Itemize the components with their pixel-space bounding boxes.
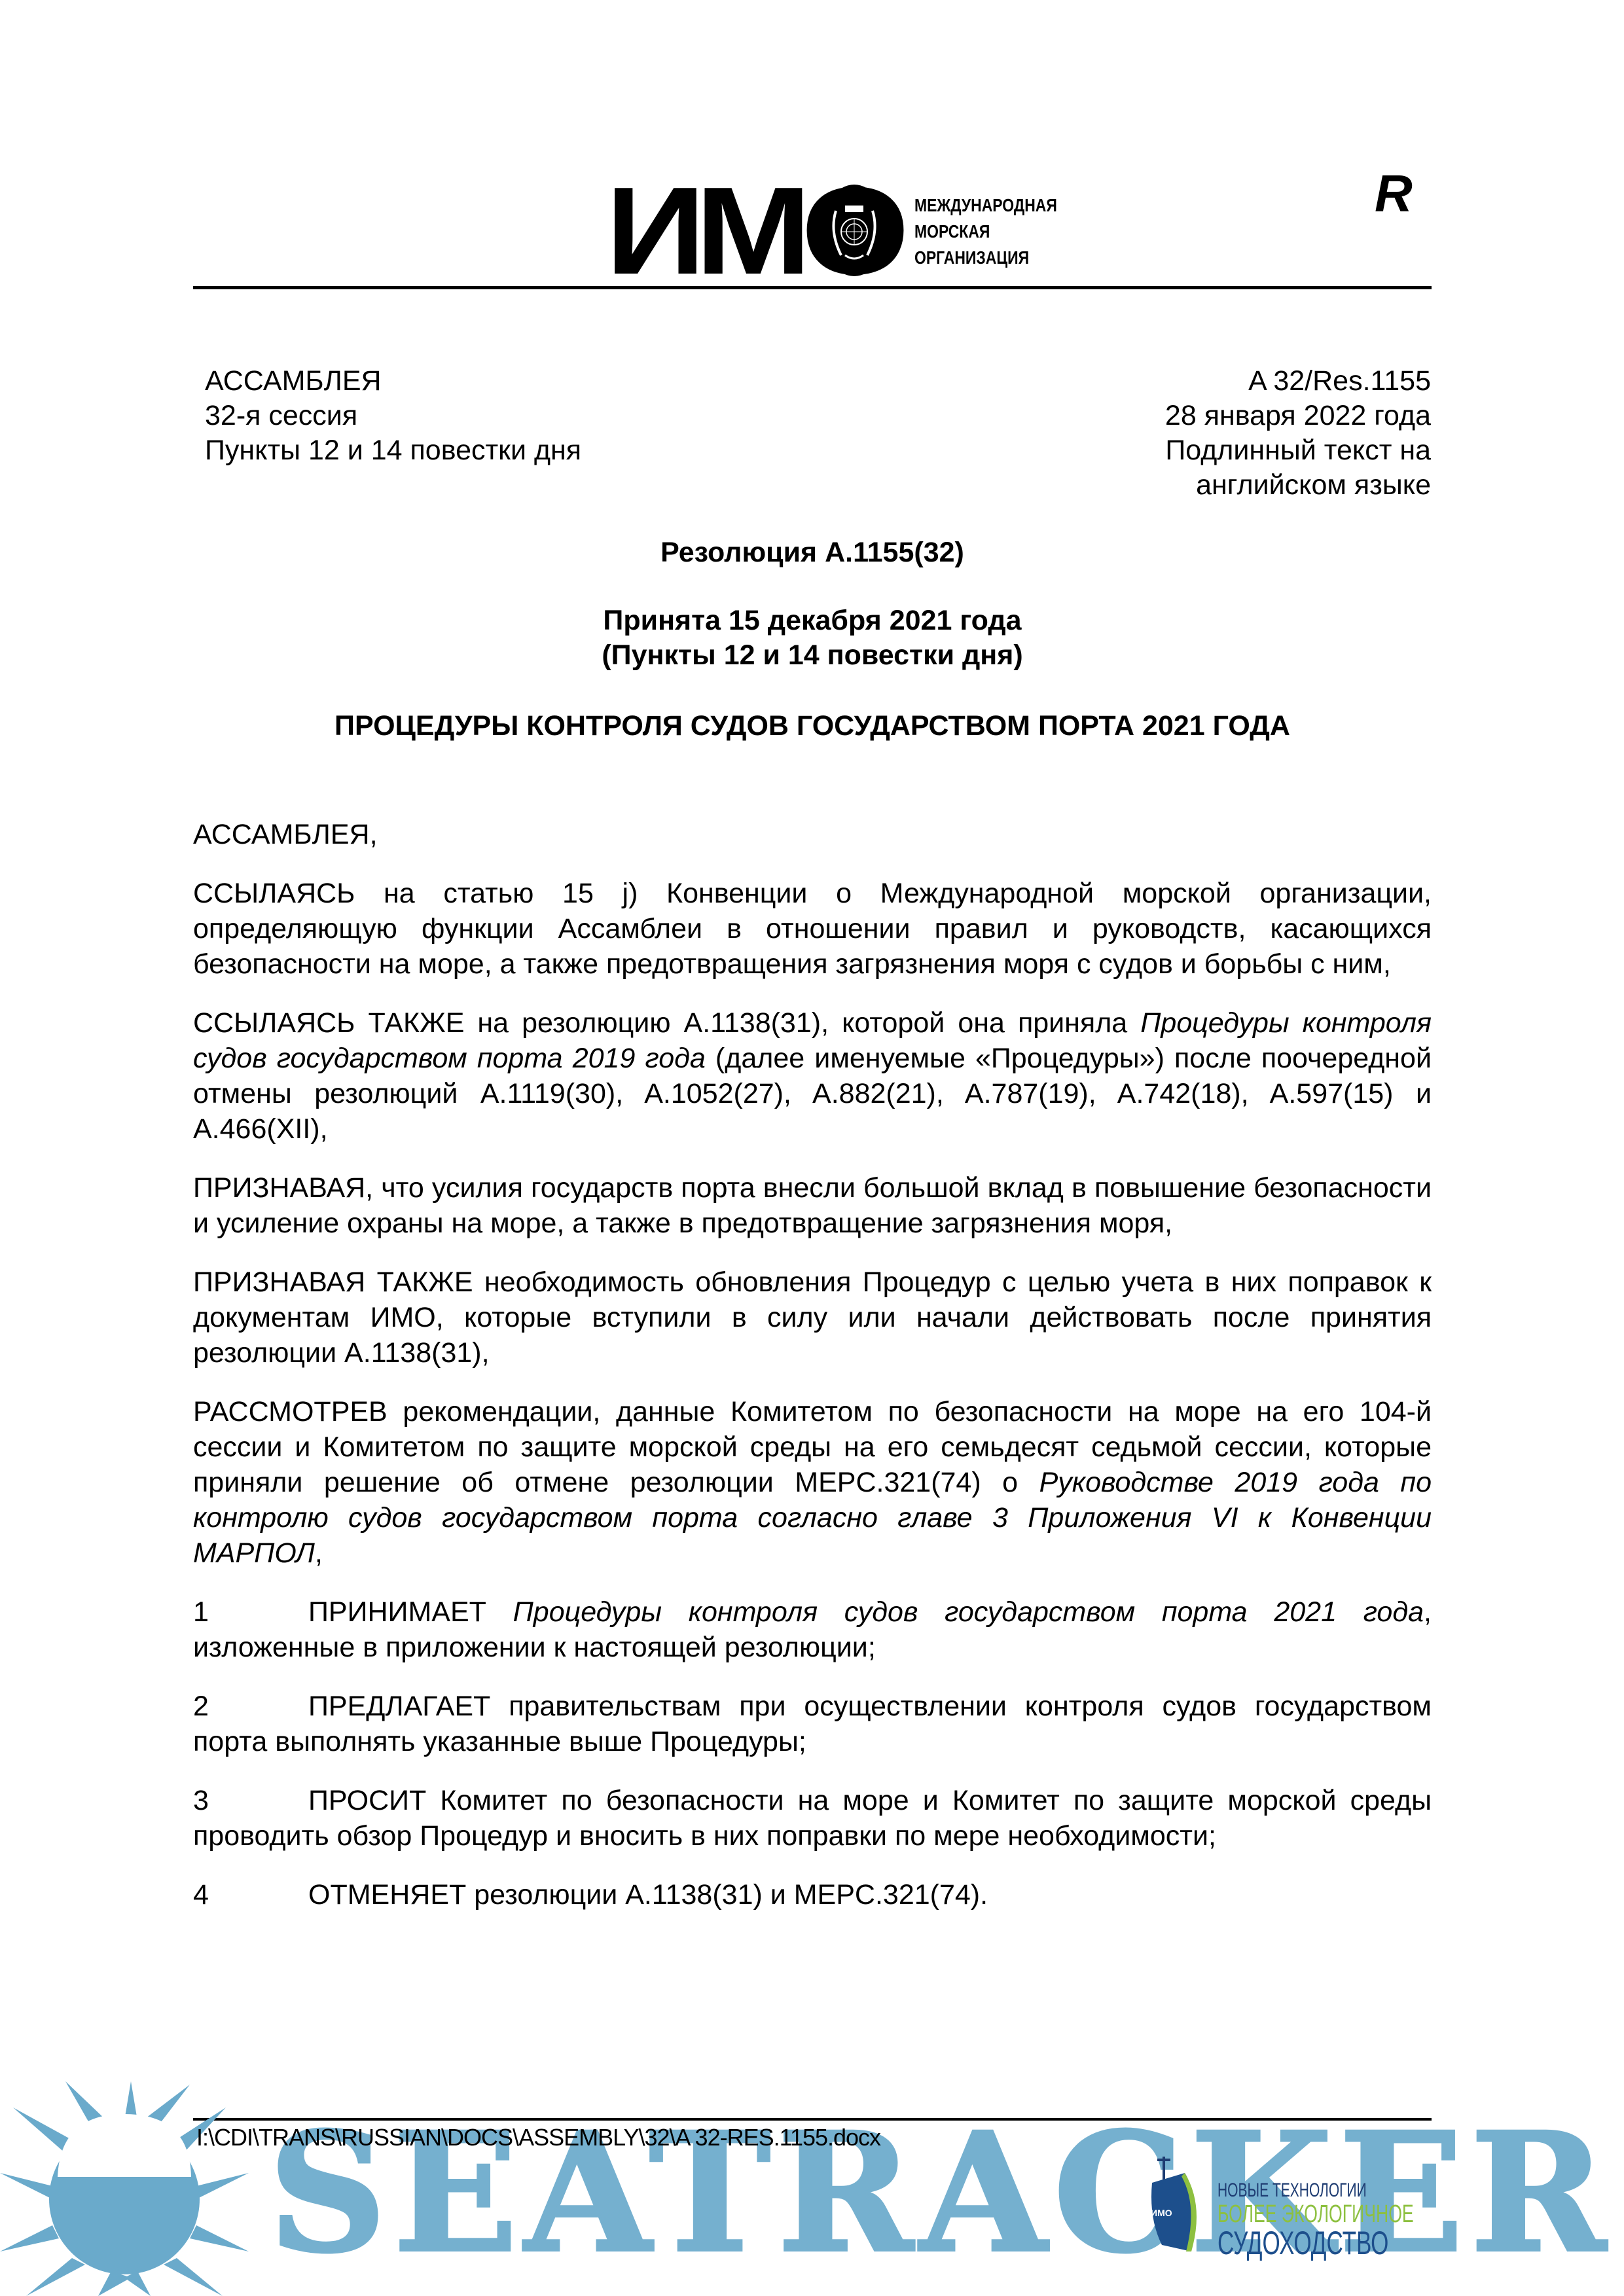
operative-paragraph: 1ПРИНИМАЕТ Процедуры контроля судов госу… [193,1594,1432,1665]
text-run: , [315,1537,323,1569]
paragraph-number: 4 [193,1877,308,1912]
meta-left: АССАМБЛЕЯ 32-я сессия Пункты 12 и 14 пов… [205,364,581,468]
paragraph-number: 3 [193,1783,308,1818]
preamble-paragraph: ССЫЛАЯСЬ на статью 15 j) Конвенции о Меж… [193,876,1432,982]
text-run: ПРЕДЛАГАЕТ правительствам при осуществле… [193,1691,1432,1757]
document-symbol: A 32/Res.1155 [1165,364,1431,399]
original-language: английском языке [1165,468,1431,503]
session-label: 32-я сессия [205,399,581,433]
badge-line-3: СУДОХОДСТВО [1218,2224,1388,2262]
operative-paragraph: 2ПРЕДЛАГАЕТ правительствам при осуществл… [193,1689,1432,1759]
sun-watermark-icon [0,2081,249,2296]
text-run: ПРОСИТ Комитет по безопасности на море и… [193,1785,1432,1852]
italic-run: Процедуры контроля судов государством по… [513,1596,1424,1628]
opening-line: АССАМБЛЕЯ, [193,817,1432,852]
text-run: ССЫЛАЯСЬ ТАКЖЕ на резолюцию A.1138(31), … [193,1007,1140,1039]
operative-paragraph: 4ОТМЕНЯЕТ резолюции A.1138(31) и MEPC.32… [193,1877,1432,1912]
adoption-agenda: (Пункты 12 и 14 повестки дня) [193,638,1432,673]
green-shipping-badge: ИМО НОВЫЕ ТЕХНОЛОГИИ БОЛЕЕ ЭКОЛОГИЧНОЕ С… [1146,2153,1473,2258]
badge-line-1: НОВЫЕ ТЕХНОЛОГИИ [1218,2179,1367,2202]
un-emblem-icon [821,185,887,276]
resolution-body: АССАМБЛЕЯ, ССЫЛАЯСЬ на статью 15 j) Конв… [193,817,1432,1936]
org-name-line: МЕЖДУНАРОДНАЯ [914,192,1057,219]
text-run: ОТМЕНЯЕТ резолюции A.1138(31) и MEPC.321… [308,1879,988,1910]
adoption-info: Принята 15 декабря 2021 года (Пункты 12 … [193,603,1432,673]
text-run: ПРИНИМАЕТ [308,1596,513,1628]
document-date: 28 января 2022 года [1165,399,1431,433]
imo-logo: ИМО МЕЖДУНАРОДНАЯ МОРСКАЯ ОРГАНИЗАЦИЯ [605,182,1077,280]
language-mark: R [1375,164,1413,224]
footer-file-path: I:\CDI\TRANS\RUSSIAN\DOCS\ASSEMBLY\32\A … [196,2124,880,2151]
page-title: ПРОЦЕДУРЫ КОНТРОЛЯ СУДОВ ГОСУДАРСТВОМ ПО… [193,710,1432,742]
resolution-number: Резолюция A.1155(32) [193,537,1432,569]
operative-paragraph: 3ПРОСИТ Комитет по безопасности на море … [193,1783,1432,1854]
header-divider [193,286,1432,289]
org-name-line: ОРГАНИЗАЦИЯ [914,245,1057,271]
adoption-date: Принята 15 декабря 2021 года [193,603,1432,638]
paragraph-number: 2 [193,1689,308,1724]
original-language: Подлинный текст на [1165,433,1431,468]
preamble-paragraph: ПРИЗНАВАЯ ТАКЖЕ необходимость обновления… [193,1265,1432,1371]
org-name-line: МОРСКАЯ [914,219,1057,245]
agenda-label: Пункты 12 и 14 повестки дня [205,433,581,468]
badge-imo-mark: ИМО [1151,2208,1172,2218]
ship-icon: ИМО [1146,2153,1204,2251]
preamble-paragraph: ССЫЛАЯСЬ ТАКЖЕ на резолюцию A.1138(31), … [193,1005,1432,1147]
imo-logo-org-name: МЕЖДУНАРОДНАЯ МОРСКАЯ ОРГАНИЗАЦИЯ [914,192,1057,271]
meta-right: A 32/Res.1155 28 января 2022 года Подлин… [1165,364,1431,503]
assembly-label: АССАМБЛЕЯ [205,364,581,399]
paragraph-number: 1 [193,1594,308,1630]
preamble-paragraph: РАССМОТРЕВ рекомендации, данные Комитето… [193,1394,1432,1571]
preamble-paragraph: ПРИЗНАВАЯ, что усилия государств порта в… [193,1170,1432,1241]
